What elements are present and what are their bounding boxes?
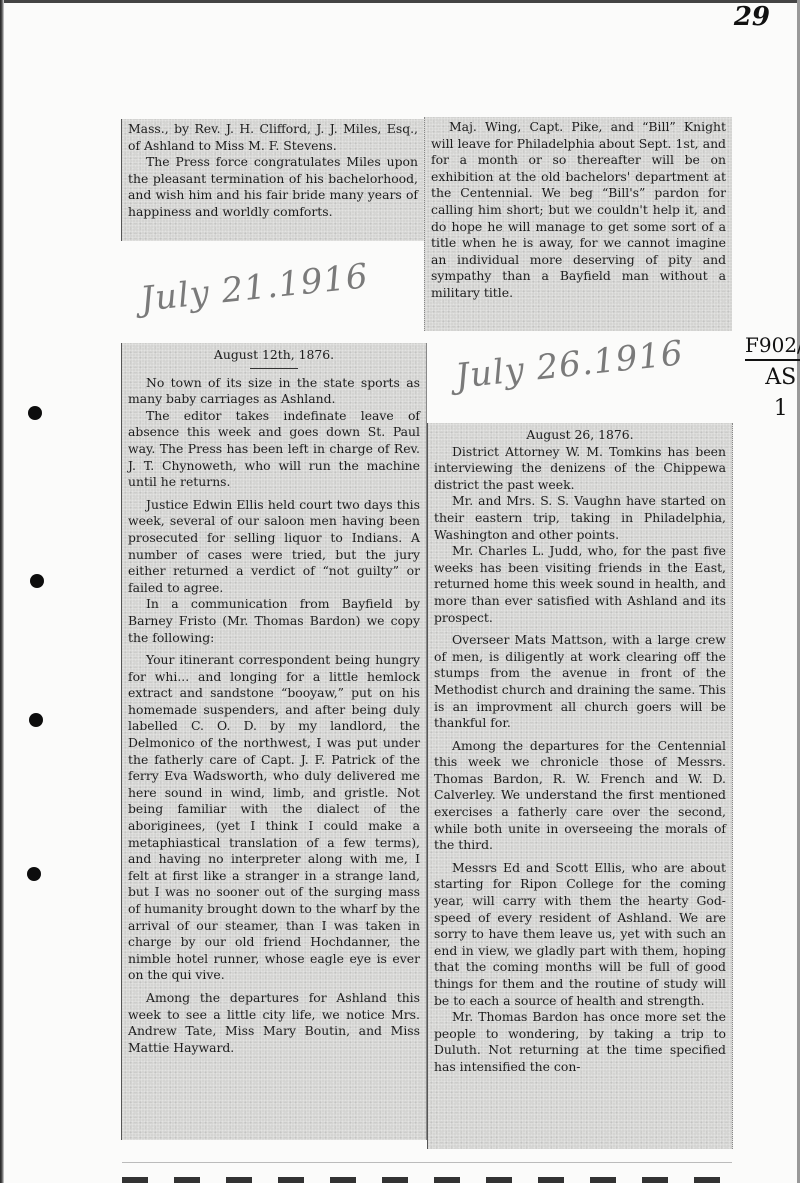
archive-folio: 1 [745, 396, 800, 421]
paragraph: Mr. Charles L. Judd, who, for the past f… [434, 543, 726, 626]
handwritten-date-right: July 26.1916 [454, 333, 686, 397]
clipping-philadelphia-trip: Maj. Wing, Capt. Pike, and “Bill” Knight… [424, 117, 732, 331]
divider [250, 368, 298, 369]
paragraph: Your itinerant correspondent being hungr… [128, 652, 420, 984]
paragraph: Mass., by Rev. J. H. Clifford, J. J. Mil… [128, 121, 418, 154]
clipping-august-12-1876: August 12th, 1876. No town of its size i… [121, 343, 427, 1140]
paragraph: Among the departures for the Centennial … [434, 738, 726, 854]
paragraph: Justice Edwin Ellis held court two days … [128, 497, 420, 597]
page-left-edge [0, 0, 4, 1183]
clipping-wedding-notice: Mass., by Rev. J. H. Clifford, J. J. Mil… [121, 119, 425, 241]
clipping-august-26-1876: August 26, 1876. District Attorney W. M.… [427, 423, 733, 1149]
binder-hole-2 [30, 574, 44, 588]
paragraph: Among the departures for Ashland this we… [128, 990, 420, 1056]
paragraph: The editor takes indefinate leave of abs… [128, 408, 420, 491]
paragraph: The Press force congratulates Miles upon… [128, 154, 418, 220]
paragraph: Mr. Thomas Bardon has once more set the … [434, 1009, 726, 1075]
handwritten-date-left: July 21.1916 [139, 256, 371, 320]
paragraph: Mr. and Mrs. S. S. Vaughn have started o… [434, 493, 726, 543]
clipping-dateline: August 26, 1876. [434, 427, 726, 444]
archive-code: F902/8 [745, 333, 800, 361]
paragraph: No town of its size in the state sports … [128, 375, 420, 408]
paragraph: Overseer Mats Mattson, with a large crew… [434, 632, 726, 732]
binder-hole-3 [29, 713, 43, 727]
binder-hole-4 [27, 867, 41, 881]
paragraph: Messrs Ed and Scott Ellis, who are about… [434, 860, 726, 1009]
page-number: 29 [734, 2, 770, 32]
archive-annotation: F902/8 AS 1 [745, 333, 800, 421]
binder-hole-1 [28, 406, 42, 420]
page-top-edge [0, 0, 800, 3]
paragraph: In a communication from Bayfield by Barn… [128, 596, 420, 646]
paragraph: District Attorney W. M. Tomkins has been… [434, 444, 726, 494]
paragraph: Maj. Wing, Capt. Pike, and “Bill” Knight… [431, 119, 726, 302]
clipping-dateline: August 12th, 1876. [128, 347, 420, 364]
cut-off-headline-strip [122, 1162, 732, 1183]
archive-initials: AS [745, 365, 800, 390]
